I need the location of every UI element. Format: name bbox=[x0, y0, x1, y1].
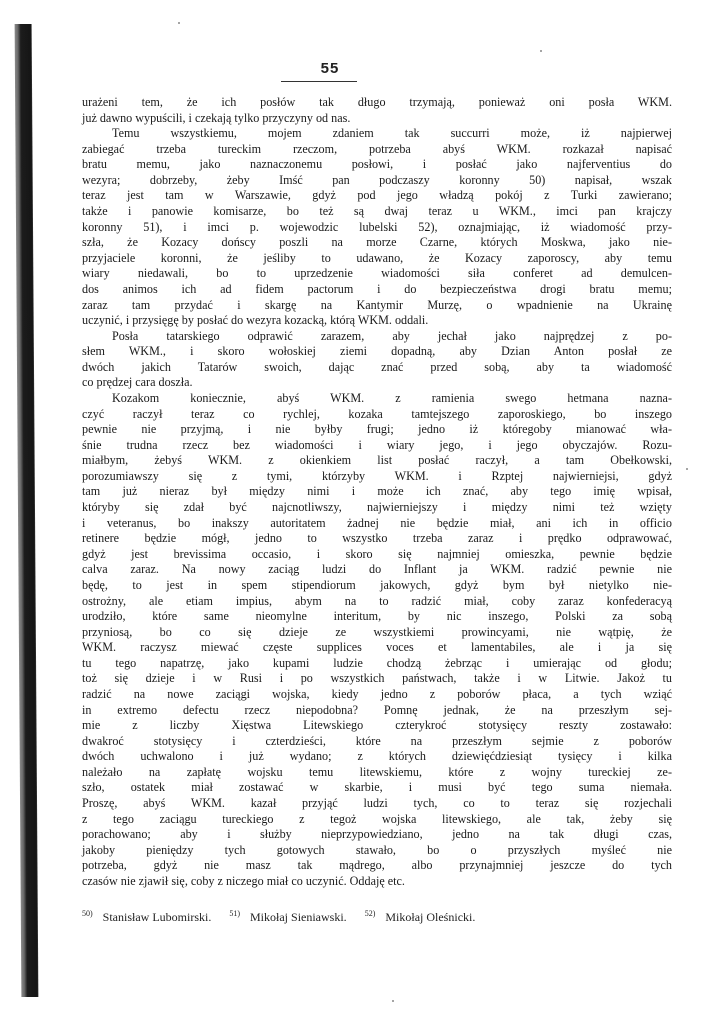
text-line: urażeni tem, że ich posłów tak długo trz… bbox=[82, 95, 672, 111]
text-line: zabiegać trzeba tureckim rzeczom, potrze… bbox=[82, 142, 672, 158]
text-line: szło, ostatek miał zostawać w skarbie, i… bbox=[82, 780, 672, 796]
footnotes: 50)Stanisław Lubomirski.51)Mikołaj Sieni… bbox=[82, 905, 642, 926]
text-line: dwakroć stotysięcy i czterdzieści, które… bbox=[82, 734, 672, 750]
text-line: dwóch uchwalono i już wydano; z których … bbox=[82, 749, 672, 765]
body-text: urażeni tem, że ich posłów tak długo trz… bbox=[82, 95, 672, 889]
text-line: zaraz tam przydać i skargę na Kantymir M… bbox=[82, 298, 672, 314]
footnote-mark: 52) bbox=[365, 909, 376, 918]
scan-speck bbox=[540, 50, 542, 52]
footnote-mark: 50) bbox=[82, 909, 93, 918]
text-line: radzić na nowe zaciągi wojska, kiedy jed… bbox=[82, 687, 672, 703]
text-line: dos animos ich ad fidem pactorum i do be… bbox=[82, 282, 672, 298]
text-line: mie z liczby Xięstwa Litewskiego czteryk… bbox=[82, 718, 672, 734]
text-line: pewnie nie przyjmą, i nie byłby frugi; j… bbox=[82, 422, 672, 438]
scan-speck bbox=[686, 468, 688, 470]
scan-speck bbox=[178, 22, 180, 24]
footnote: 51)Mikołaj Sieniawski. bbox=[229, 910, 346, 924]
text-line: wezyra; dobrzeby, żeby Imść pan podczasz… bbox=[82, 173, 672, 189]
text-line: ostrożny, ale etiam impius, abym na to r… bbox=[82, 594, 672, 610]
text-line: i veteranus, bo inakszy autoritatem żadn… bbox=[82, 516, 672, 532]
text-line: należało na zapłatę wojsku temu litewski… bbox=[82, 765, 672, 781]
text-line: wiary niedawali, bo to uprzedzenie wiado… bbox=[82, 266, 672, 282]
footnote-text: Stanisław Lubomirski. bbox=[103, 910, 212, 924]
text-line: porozumiawszy się z tymi, którzyby WKM. … bbox=[82, 469, 672, 485]
text-line: już dawno wypuścili, i czekają tylko prz… bbox=[82, 111, 672, 127]
book-binding-edge bbox=[15, 24, 39, 997]
text-line: calva zaraz. Na nowy zaciąg ludzi do Inf… bbox=[82, 562, 672, 578]
text-line: uczynić, i przysięgę by posłać do wezyra… bbox=[82, 313, 672, 329]
text-line: przyjaciele koronni, że jeśliby to udawa… bbox=[82, 251, 672, 267]
text-line: Temu wszystkiemu, mojem zdaniem tak succ… bbox=[82, 126, 672, 142]
scan-speck bbox=[392, 1000, 394, 1002]
footnote: 52)Mikołaj Oleśnicki. bbox=[365, 910, 476, 924]
text-line: toż się dzieje i w Rusi i po wszystkich … bbox=[82, 671, 672, 687]
text-line: WKM. raczysz miewać częste supplices voc… bbox=[82, 640, 672, 656]
text-line: słem WKM., i skoro wołoskiej ziemi dopad… bbox=[82, 344, 672, 360]
text-line: śnie trudna rzecz bez wiadomości i wiary… bbox=[82, 438, 672, 454]
text-line: czyć raczył teraz co rychlej, kozaka tam… bbox=[82, 407, 672, 423]
text-line: szła, że Kozacy dońscy poszli na morze C… bbox=[82, 235, 672, 251]
text-line: urodziło, które same nieomylne interitum… bbox=[82, 609, 672, 625]
page-number: 55 bbox=[300, 60, 360, 77]
text-line: przyniosą, bo co się dzieje ze wszystkie… bbox=[82, 625, 672, 641]
text-line: tam już nieraz był między nimi i może ic… bbox=[82, 484, 672, 500]
text-line: Proszę, abyś WKM. kazał przyjąć ludzi ty… bbox=[82, 796, 672, 812]
text-line: porachowano; aby i służby nieprzypowiedz… bbox=[82, 827, 672, 843]
text-line: jakoby pieniędzy tych gotowych stawało, … bbox=[82, 843, 672, 859]
text-line: koronny 51), i imci p. wojewodzic lubels… bbox=[82, 220, 672, 236]
text-line: potrzeba, gdyż nie masz tak mądrego, alb… bbox=[82, 858, 672, 874]
text-line: będę, to jest in spem stipendiorum jakow… bbox=[82, 578, 672, 594]
page-number-rule bbox=[281, 81, 357, 82]
text-line: Kozakom koniecznie, abyś WKM. z ramienia… bbox=[82, 391, 672, 407]
text-line: in extremo defectu rzecz niepodobna? Pom… bbox=[82, 703, 672, 719]
text-line: Posła tatarskiego odprawić zarazem, aby … bbox=[82, 329, 672, 345]
text-line: czasów nie zjawił się, coby z niczego mi… bbox=[82, 874, 672, 890]
text-line: gdyż jest brevissima occasio, i skoro si… bbox=[82, 547, 672, 563]
footnote: 50)Stanisław Lubomirski. bbox=[82, 910, 211, 924]
text-line: tu tego napatrzę, jako kupami ludzie cho… bbox=[82, 656, 672, 672]
text-line: także i panowie komisarze, bo też są dwa… bbox=[82, 204, 672, 220]
text-line: z tego zaciągu tureckiego z tegoż wojska… bbox=[82, 812, 672, 828]
footnote-mark: 51) bbox=[229, 909, 240, 918]
text-line: co prędzej cara doszła. bbox=[82, 375, 672, 391]
footnote-text: Mikołaj Sieniawski. bbox=[250, 910, 347, 924]
text-line: któryby się zdał być najcnotliwszy, najw… bbox=[82, 500, 672, 516]
text-line: miałbym, żebyś WKM. z okienkiem list pos… bbox=[82, 453, 672, 469]
text-line: bratu memu, jako naznaczonemu posłowi, i… bbox=[82, 157, 672, 173]
text-line: teraz jest tam w Warszawie, gdyż pod jeg… bbox=[82, 188, 672, 204]
footnote-text: Mikołaj Oleśnicki. bbox=[385, 910, 475, 924]
text-line: retinere będzie mógł, jedno to wszystko … bbox=[82, 531, 672, 547]
text-line: dwóch jakich Tatarów swoich, dając znać … bbox=[82, 360, 672, 376]
